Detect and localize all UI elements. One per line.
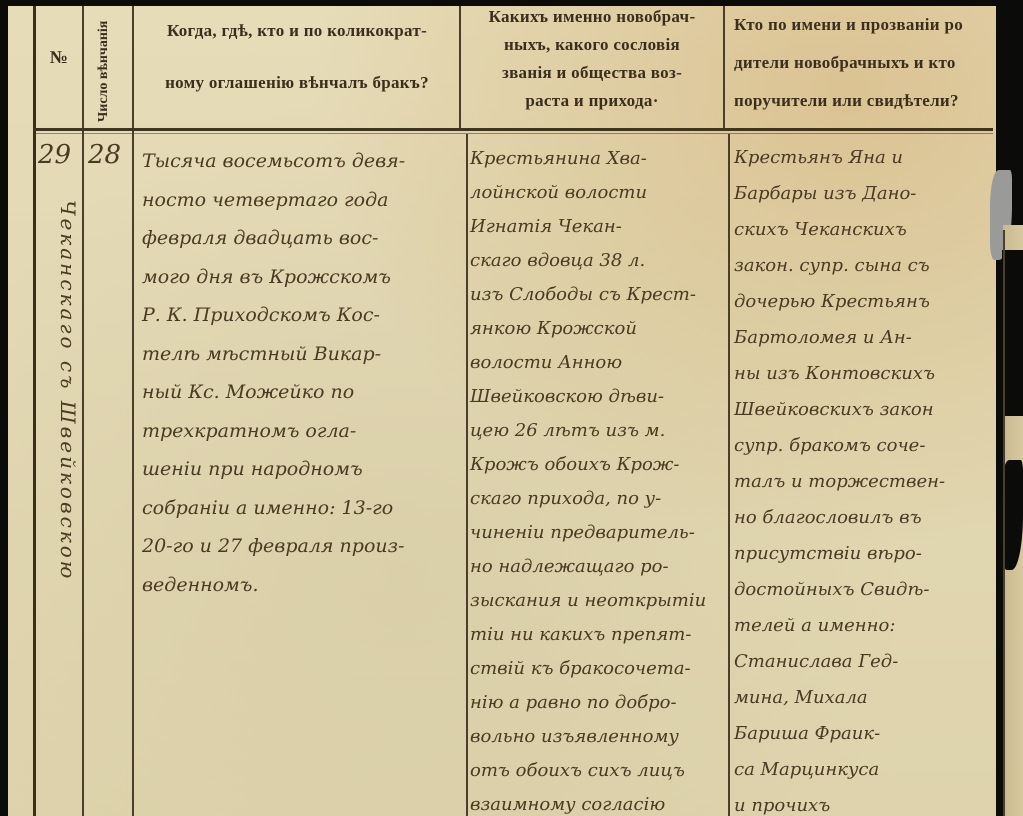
when-where-line: Тысяча восемьсотъ девя- <box>142 142 405 181</box>
newlyweds-line: Крожъ обоихъ Крож- <box>470 448 706 482</box>
newlyweds-line: вольно изъявленному <box>470 720 706 754</box>
rule-right-edge <box>1003 230 1005 816</box>
newlyweds-line: чиненіи предваритель- <box>470 516 706 550</box>
parents-line: но благословилъ въ <box>734 500 945 536</box>
when-where-line: трехкратномъ огла- <box>142 412 405 451</box>
parents-line: закон. супр. сына съ <box>734 248 945 284</box>
newlyweds-line: янкою Крожской <box>470 312 706 346</box>
parents-line: Бартоломея и Ан- <box>734 320 945 356</box>
entry-number: 29 <box>38 140 71 170</box>
newlyweds-line: Игнатія Чекан- <box>470 210 706 244</box>
when-where-line: ный Кс. Можейко по <box>142 373 405 412</box>
newlyweds-line: скаго вдовца 38 л. <box>470 244 706 278</box>
header-when-where: Когда, гдѣ, кто и по коликократ- ному ог… <box>136 14 458 106</box>
header-newlyweds-line: Какихъ именно новобрач- <box>461 3 723 31</box>
header-parents-line: Кто по имени и прозваніи ро <box>734 6 994 44</box>
parents-line: скихъ Чеканскихъ <box>734 212 945 248</box>
parents-line: присутствіи вѣро- <box>734 536 945 572</box>
dark-background-gap <box>1002 250 1023 416</box>
header-number: № <box>36 44 82 71</box>
parents-line: телей а именно: <box>734 608 945 644</box>
header-newlyweds-line: ныхъ, какого сословія <box>461 31 723 59</box>
when-where-line: 20-го и 27 февраля произ- <box>142 527 405 566</box>
header-newlyweds-line: раста и прихода· <box>461 87 723 115</box>
rule-newlyweds-col <box>723 6 725 130</box>
when-where-line: шеніи при народномъ <box>142 450 405 489</box>
when-where-line: мого дня въ Крожскомъ <box>142 258 405 297</box>
parents-line: супр. бракомъ соче- <box>734 428 945 464</box>
newlyweds-line: цею 26 лѣтъ изъ м. <box>470 414 706 448</box>
when-where-line: ностo четвертаго года <box>142 181 405 220</box>
newlyweds-line: но надлежащаго ро- <box>470 550 706 584</box>
when-where-line: Р. К. Приходскомъ Кос- <box>142 296 405 335</box>
header-newlyweds: Какихъ именно новобрач- ныхъ, какого сос… <box>461 3 723 115</box>
newlyweds-line: взаимному согласію <box>470 788 706 816</box>
parents-line: дочерью Крестьянъ <box>734 284 945 320</box>
newlyweds-line: Крестьянина Хва- <box>470 142 706 176</box>
newlyweds-line: волости Анною <box>470 346 706 380</box>
newlyweds-text: Крестьянина Хва- лойнской волости Игнаті… <box>470 142 706 816</box>
rule-when-col-body <box>466 134 468 816</box>
parents-line: са Марцинкуса <box>734 752 945 788</box>
header-parents-line: дители новобрачныхъ и кто <box>734 44 994 82</box>
entry-wedding-count: 28 <box>88 140 121 170</box>
when-where-line: собраніи а именно: 13-го <box>142 489 405 528</box>
header-when-where-line: ному оглашенію вѣнчалъ бракъ? <box>136 66 458 106</box>
newlyweds-line: тіи ни какихъ препят- <box>470 618 706 652</box>
header-parents-witnesses: Кто по имени и прозваніи ро дители новоб… <box>726 6 994 120</box>
parents-line: талъ и торжествен- <box>734 464 945 500</box>
parents-line: Крестьянъ Яна и <box>734 140 945 176</box>
newlyweds-line: изъ Слободы съ Крест- <box>470 278 706 312</box>
parents-line: мина, Михала <box>734 680 945 716</box>
parents-line: Бариша Фраик- <box>734 716 945 752</box>
header-when-where-line: Когда, гдѣ, кто и по коликократ- <box>136 14 458 66</box>
parents-line: и прочихъ <box>734 788 945 816</box>
header-bottom-rule <box>33 128 993 131</box>
when-where-line: веденномъ. <box>142 566 405 605</box>
newlyweds-line: зыскания и неоткрытіи <box>470 584 706 618</box>
when-where-text: Тысяча восемьсотъ девя- ностo четвертаго… <box>142 142 405 604</box>
header-bottom-rule-thin <box>33 133 993 134</box>
newlyweds-line: нію а равно по добро- <box>470 686 706 720</box>
when-where-line: февраля двадцать вос- <box>142 219 405 258</box>
parents-line: Барбары изъ Дано- <box>734 176 945 212</box>
newlyweds-line: Швейковскою дѣви- <box>470 380 706 414</box>
header-newlyweds-line: званія и общества воз- <box>461 59 723 87</box>
newlyweds-line: отъ обоихъ сихъ лицъ <box>470 754 706 788</box>
parents-line: Станислава Гед- <box>734 644 945 680</box>
rule-newlyweds-col-body <box>728 134 730 816</box>
margin-note: Чеканскаго съ Швейковскою <box>56 200 80 581</box>
newlyweds-line: лойнской волости <box>470 176 706 210</box>
parents-line: ны изъ Контовскихъ <box>734 356 945 392</box>
parents-line: Швейковскихъ закон <box>734 392 945 428</box>
parents-witnesses-text: Крестьянъ Яна и Барбары изъ Дано- скихъ … <box>734 140 945 816</box>
header-wedding-count: Число вѣнчанія <box>96 21 112 122</box>
newlyweds-line: ствій къ бракосочета- <box>470 652 706 686</box>
newlyweds-line: скаго прихода, по у- <box>470 482 706 516</box>
header-parents-line: поручители или свидѣтели? <box>734 82 994 120</box>
when-where-line: телѣ мѣстный Викар- <box>142 335 405 374</box>
parents-line: достойныхъ Свидѣ- <box>734 572 945 608</box>
